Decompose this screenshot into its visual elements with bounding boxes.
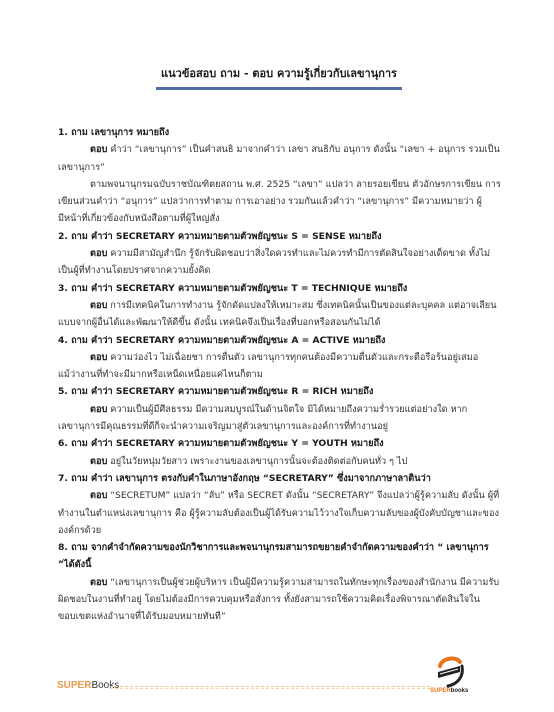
answer-label: ตอบ <box>90 248 107 259</box>
answer-text: ความว่องไว ไม่เฉื่อยชา การตื่นตัว เลขานุ… <box>58 352 478 380</box>
answer-text: อยู่ในวัยหนุ่มวัยสาว เพราะงานของเลขานุกา… <box>110 456 407 467</box>
answer-4: ตอบ ความว่องไว ไม่เฉื่อยชา การตื่นตัว เล… <box>58 349 502 384</box>
question-2: 2. ถาม คำว่า SECRETARY ความหมายตามตัวพยั… <box>58 228 502 245</box>
answer-label: ตอบ <box>90 300 107 311</box>
answer-7: ตอบ “SECRETUM” แปลว่า “ลับ” หรือ SECRET … <box>58 487 502 539</box>
answer-text: คำว่า “เลขานุการ” เป็นคำสนธิ มาจากคำว่า … <box>58 144 500 172</box>
answer-3: ตอบ การมีเทคนิคในการทำงาน รู้จักดัดแปลงใ… <box>58 297 502 332</box>
answer-text: การมีเทคนิคในการทำงาน รู้จักดัดแปลงให้เห… <box>58 300 496 328</box>
question-5: 5. ถาม คำว่า SECRETARY ความหมายตามตัวพยั… <box>58 383 502 400</box>
footer-divider <box>110 686 430 687</box>
answer-label: ตอบ <box>90 144 107 155</box>
answer-label: ตอบ <box>90 352 107 363</box>
logo-super: SUPER <box>430 688 451 694</box>
answer-label: ตอบ <box>90 577 107 588</box>
answer-6: ตอบ อยู่ในวัยหนุ่มวัยสาว เพราะงานของเลขา… <box>58 453 502 470</box>
answer-label: ตอบ <box>90 404 107 415</box>
answer-text: ความมีสามัญสำนึก รู้จักรับผิดชอบว่าสิ่งใ… <box>58 248 490 276</box>
question-1: 1. ถาม เลขานุการ หมายถึง <box>58 124 502 141</box>
logo-wordmark: SUPERbooks <box>430 688 468 694</box>
answer-label: ตอบ <box>90 456 107 467</box>
qa-list: 1. ถาม เลขานุการ หมายถึง ตอบ คำว่า “เลขา… <box>58 124 502 626</box>
answer-text: “SECRETUM” แปลว่า “ลับ” หรือ SECRET ดังน… <box>58 490 499 536</box>
question-3: 3. ถาม คำว่า SECRETARY ความหมายตามตัวพยั… <box>58 280 502 297</box>
question-7: 7. ถาม คำว่า เลขานุการ ตรงกับคำในภาษาอัง… <box>58 470 502 487</box>
footer-brand-super: SUPER <box>57 680 91 691</box>
answer-text: ความเป็นผู้มีศีลธรรม มีความสมบูรณ์ในด้าน… <box>58 404 467 432</box>
answer-label: ตอบ <box>90 490 107 501</box>
answer-5: ตอบ ความเป็นผู้มีศีลธรรม มีความสมบูรณ์ใน… <box>58 401 502 436</box>
question-4: 4. ถาม คำว่า SECRETARY ความหมายตามตัวพยั… <box>58 332 502 349</box>
answer-8: ตอบ “เลขานุการเป็นผู้ช่วยผู้บริหาร เป็นผ… <box>58 574 502 626</box>
logo-books: books <box>451 688 469 694</box>
page-title: แนวข้อสอบ ถาม - ตอบ ความรู้เกี่ยวกับเลขา… <box>156 64 402 82</box>
question-8: 8. ถาม จากคำจำกัดความของนักวิชาการและพจน… <box>58 539 502 574</box>
question-6: 6. ถาม คำว่า SECRETARY ความหมายตามตัวพยั… <box>58 435 502 452</box>
answer-1-continued: ตามพจนานุกรมฉบับราชบัณฑิตยสถาน พ.ศ. 2525… <box>58 176 502 228</box>
footer-divider-secondary <box>110 688 430 689</box>
title-underline <box>156 87 402 90</box>
answer-2: ตอบ ความมีสามัญสำนึก รู้จักรับผิดชอบว่าส… <box>58 245 502 280</box>
answer-1: ตอบ คำว่า “เลขานุการ” เป็นคำสนธิ มาจากคำ… <box>58 141 502 176</box>
answer-text: “เลขานุการเป็นผู้ช่วยผู้บริหาร เป็นผู้มี… <box>58 577 499 623</box>
